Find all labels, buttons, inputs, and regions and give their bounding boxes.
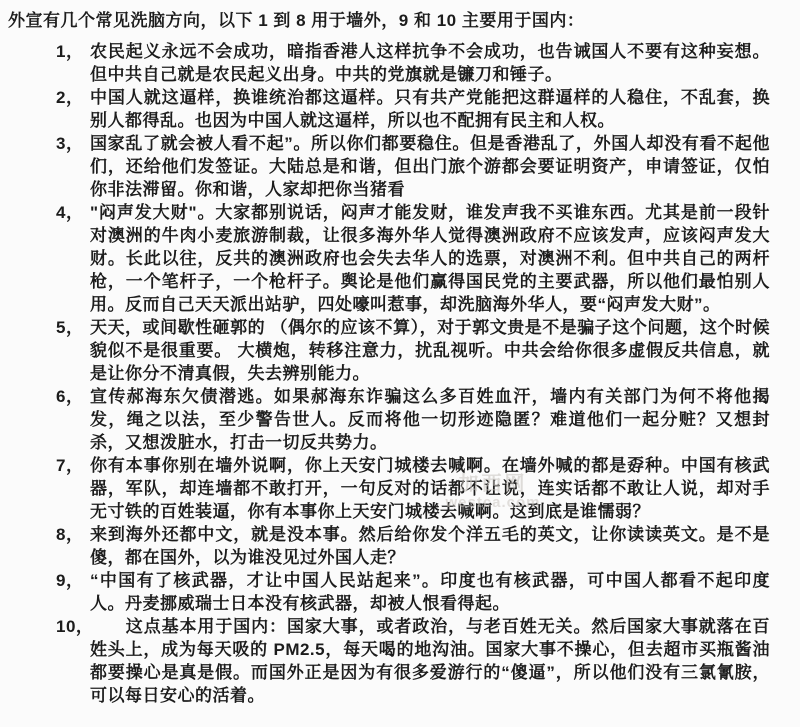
- list-item-8: 8，来到海外还都中文，就是没本事。然后给你发个洋五毛的英文，让你读读英文。是不是…: [0, 523, 800, 569]
- item-number: 2，: [56, 86, 83, 109]
- list-item-3: 3， 国家乱了就会被人看不起”。所以你们都要稳住。但是香港乱了，外国人却没有看不…: [0, 132, 800, 201]
- item-text: 天天，或间歇性砸郭的 （偶尔的应该不算），对于郭文贵是不是骗子这个问题，这个时候…: [90, 318, 770, 383]
- item-number: 10，: [56, 615, 93, 638]
- list-item-1: 1，农民起义永远不会成功，暗指香港人这样抗争不会成功，也告诫国人不要有这种妄想。…: [0, 40, 800, 86]
- document-body: 外宣有几个常见洗脑方向，以下 1 到 8 用于墙外，9 和 10 主要用于国内：…: [0, 0, 800, 707]
- item-text: 农民起义永远不会成功，暗指香港人这样抗争不会成功，也告诫国人不要有这种妄想。但中…: [90, 42, 770, 84]
- item-text: 中国人就这逼样，换谁统治都这逼样。只有共产党能把这群逼样的人稳住，不乱套，换别人…: [90, 88, 770, 130]
- item-text: 来到海外还都中文，就是没本事。然后给你发个洋五毛的英文，让你读读英文。是不是傻，…: [90, 525, 770, 567]
- item-text: “中国有了核武器，才让中国人民站起来”。印度也有核武器，可中国人都看不起印度人。…: [90, 571, 770, 613]
- item-number: 9，: [56, 569, 83, 592]
- item-text: "闷声发大财"。大家都别说话，闷声才能发财，谁发声我不买谁东西。尤其是前一段针对…: [90, 203, 770, 314]
- list-item-5: 5，天天，或间歇性砸郭的 （偶尔的应该不算），对于郭文贵是不是骗子这个问题，这个…: [0, 316, 800, 385]
- list-item-10: 10， 这点基本用于国内：国家大事，或者政治，与老百姓无关。然后国家大事就落在百…: [0, 615, 800, 707]
- list-item-6: 6，宣传郝海东欠债潜逃。如果郝海东诈骗这么多百姓血汗，墙内有关部门为何不将他揭发…: [0, 385, 800, 454]
- list-item-9: 9，“中国有了核武器，才让中国人民站起来”。印度也有核武器，可中国人都看不起印度…: [0, 569, 800, 615]
- list-item-7: 7，你有本事你别在墙外说啊，你上天安门城楼去喊啊。在墙外喊的都是孬种。中国有核武…: [0, 454, 800, 523]
- item-number: 5，: [56, 316, 83, 339]
- item-text: 国家乱了就会被人看不起”。所以你们都要稳住。但是香港乱了，外国人却没有看不起他们…: [90, 134, 770, 199]
- item-number: 7，: [56, 454, 83, 477]
- list-item-2: 2，中国人就这逼样，换谁统治都这逼样。只有共产党能把这群逼样的人稳住，不乱套，换…: [0, 86, 800, 132]
- item-number: 3，: [56, 132, 83, 155]
- list-item-4: 4，"闷声发大财"。大家都别说话，闷声才能发财，谁发声我不买谁东西。尤其是前一段…: [0, 201, 800, 316]
- item-text: 宣传郝海东欠债潜逃。如果郝海东诈骗这么多百姓血汗，墙内有关部门为何不将他揭发，绳…: [90, 387, 770, 452]
- item-number: 1，: [56, 40, 83, 63]
- item-text: 这点基本用于国内：国家大事，或者政治，与老百姓无关。然后国家大事就落在百姓头上，…: [90, 617, 770, 705]
- item-number: 4，: [56, 201, 83, 224]
- item-text: 你有本事你别在墙外说啊，你上天安门城楼去喊啊。在墙外喊的都是孬种。中国有核武器，…: [90, 456, 770, 521]
- item-number: 6，: [56, 385, 83, 408]
- item-number: 8，: [56, 523, 83, 546]
- intro-line: 外宣有几个常见洗脑方向，以下 1 到 8 用于墙外，9 和 10 主要用于国内：: [0, 9, 800, 32]
